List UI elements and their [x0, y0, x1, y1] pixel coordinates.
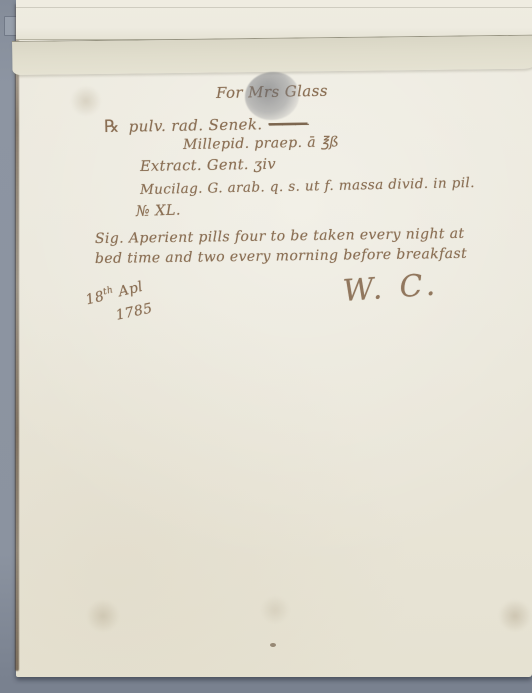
directions-line-2: bed time and two every morning before br…: [95, 246, 467, 267]
seal-smudge: [245, 72, 299, 120]
paper-crease-line: [16, 7, 532, 8]
stain-mark: [498, 600, 532, 632]
recipe-line-2: Millepid. praep. ā ℥ß: [183, 134, 339, 153]
manuscript-photo: For Mrs Glass ℞pulv. rad. Senek.——— Mill…: [0, 0, 532, 693]
page-left-edge: [15, 4, 19, 671]
directions-line-1: Sig. Aperient pills four to be taken eve…: [95, 226, 465, 247]
date-month: Apl: [117, 279, 145, 301]
stain-mark: [86, 600, 120, 632]
stain-mark: [70, 86, 102, 116]
recipe-line-1-text: pulv. rad. Senek.: [128, 115, 262, 135]
date-day-suffix: th: [102, 285, 114, 297]
recipe-line-3: Extract. Gent. ʒiv: [140, 157, 276, 175]
rx-symbol: ℞: [104, 117, 120, 137]
recipe-quantity: № XL.: [136, 202, 181, 220]
fold-crease: [12, 35, 532, 75]
ink-speck: [270, 643, 276, 647]
manuscript-page: For Mrs Glass ℞pulv. rad. Senek.——— Mill…: [16, 0, 532, 677]
date-year: 1785: [114, 300, 154, 323]
recipe-line-4: Mucilag. G. arab. q. s. ut f. massa divi…: [140, 175, 475, 198]
page-stack-edge: [16, 0, 532, 40]
signature: W. C.: [342, 267, 440, 309]
stain-mark: [260, 596, 290, 624]
